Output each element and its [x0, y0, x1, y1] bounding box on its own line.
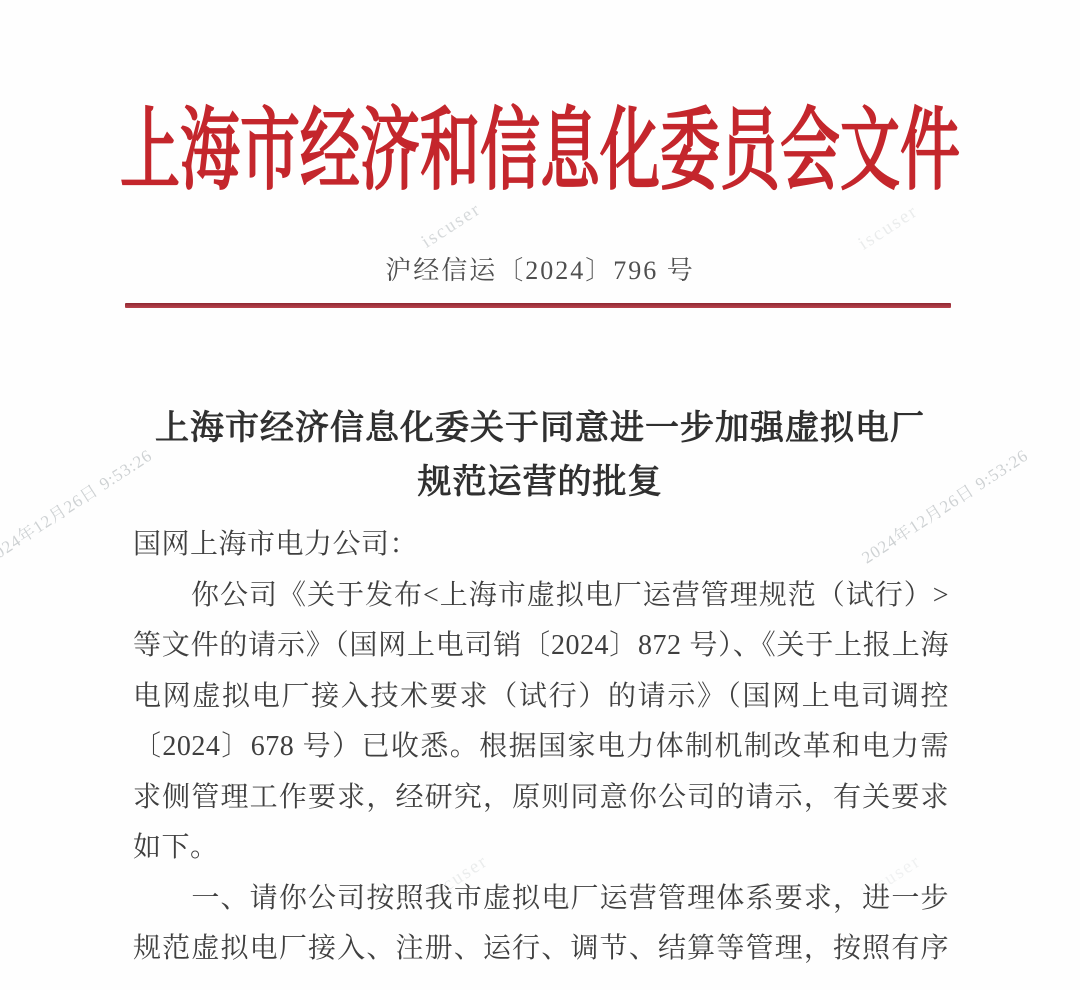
body-line: 求侧管理工作要求，经研究，原则同意你公司的请示，有关要求 — [133, 773, 949, 824]
body-line: 规范虚拟电厂接入、注册、运行、调节、结算等管理，按照有序 — [133, 924, 949, 975]
document-title-line2: 规范运营的批复 — [418, 464, 663, 501]
letterhead-title: 上海市经济和信息化委员会文件 — [0, 106, 1080, 196]
body-line: 你公司《关于发布<上海市虚拟电厂运营管理规范（试行）> — [133, 571, 949, 622]
watermark-username: iscuser — [855, 201, 921, 253]
body-line: 国网上海市电力公司： — [133, 520, 949, 571]
body-line: 〔2024〕678 号）已收悉。根据国家电力体制机制改革和电力需 — [133, 722, 949, 773]
document-title-line1: 上海市经济信息化委关于同意进一步加强虚拟电厂 — [155, 410, 925, 447]
document-number: 沪经信运〔2024〕796 号 — [0, 250, 1080, 287]
body-line: 等文件的请示》（国网上电司销〔2024〕872 号）、《关于上报上海 — [133, 621, 949, 672]
body-line: 一、请你公司按照我市虚拟电厂运营管理体系要求，进一步 — [133, 874, 949, 925]
red-divider-line — [125, 303, 951, 308]
body-line: 电网虚拟电厂接入技术要求（试行）的请示》（国网上电司调控 — [133, 672, 949, 723]
document-title: 上海市经济信息化委关于同意进一步加强虚拟电厂规范运营的批复 — [0, 402, 1080, 510]
watermark-username: iscuser — [418, 199, 484, 251]
body-line: 如下。 — [133, 823, 949, 874]
document-page: iscuser iscuser iscuser iscuser 2024年12月… — [0, 0, 1080, 990]
document-body: 国网上海市电力公司： 你公司《关于发布<上海市虚拟电厂运营管理规范（试行）>等文… — [133, 520, 949, 975]
